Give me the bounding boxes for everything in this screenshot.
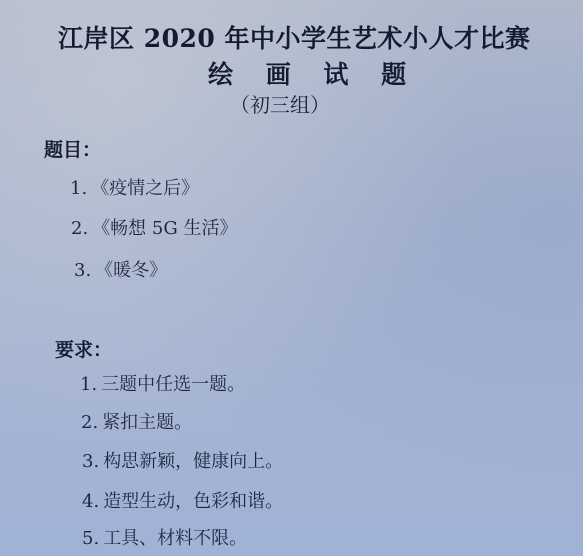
topic-number: 3. (74, 260, 91, 281)
requirement-number: 1. (80, 374, 97, 395)
topic-number: 2. (71, 218, 88, 239)
topic-text: 《疫情之后》 (91, 178, 199, 199)
requirement-number: 5. (82, 528, 99, 549)
group-label: （初三组） (230, 89, 330, 118)
topic-item: 2.《畅想 5G 生活》 (71, 214, 237, 240)
requirements-heading: 要求： (55, 335, 112, 362)
topic-text: 《畅想 5G 生活》 (92, 218, 237, 239)
requirement-text: 工具、材料不限。 (103, 528, 247, 549)
topic-item: 1.《疫情之后》 (70, 174, 199, 200)
topic-text: 《暖冬》 (95, 260, 167, 281)
exam-paper: 江岸区 2020 年中小学生艺术小人才比赛 绘 画 试 题 （初三组） 题目： … (0, 0, 583, 556)
document-subtitle: 绘 画 试 题 (208, 55, 418, 91)
requirement-item: 5.工具、材料不限。 (82, 524, 247, 550)
requirement-item: 3.构思新颖，健康向上。 (82, 447, 283, 473)
requirement-number: 3. (82, 451, 99, 472)
requirement-number: 2. (81, 412, 98, 433)
requirement-text: 构思新颖，健康向上。 (103, 451, 283, 472)
requirement-number: 4. (82, 491, 99, 512)
topic-item: 3.《暖冬》 (74, 256, 167, 282)
requirement-text: 紧扣主题。 (102, 412, 192, 433)
requirement-item: 4.造型生动，色彩和谐。 (82, 487, 283, 513)
requirement-text: 三题中任选一题。 (101, 374, 245, 395)
topics-heading: 题目： (44, 135, 101, 162)
requirement-item: 2.紧扣主题。 (81, 408, 192, 434)
topic-number: 1. (70, 178, 87, 199)
document-title: 江岸区 2020 年中小学生艺术小人才比赛 (58, 19, 531, 55)
requirement-text: 造型生动，色彩和谐。 (103, 491, 283, 512)
requirement-item: 1.三题中任选一题。 (80, 370, 245, 396)
